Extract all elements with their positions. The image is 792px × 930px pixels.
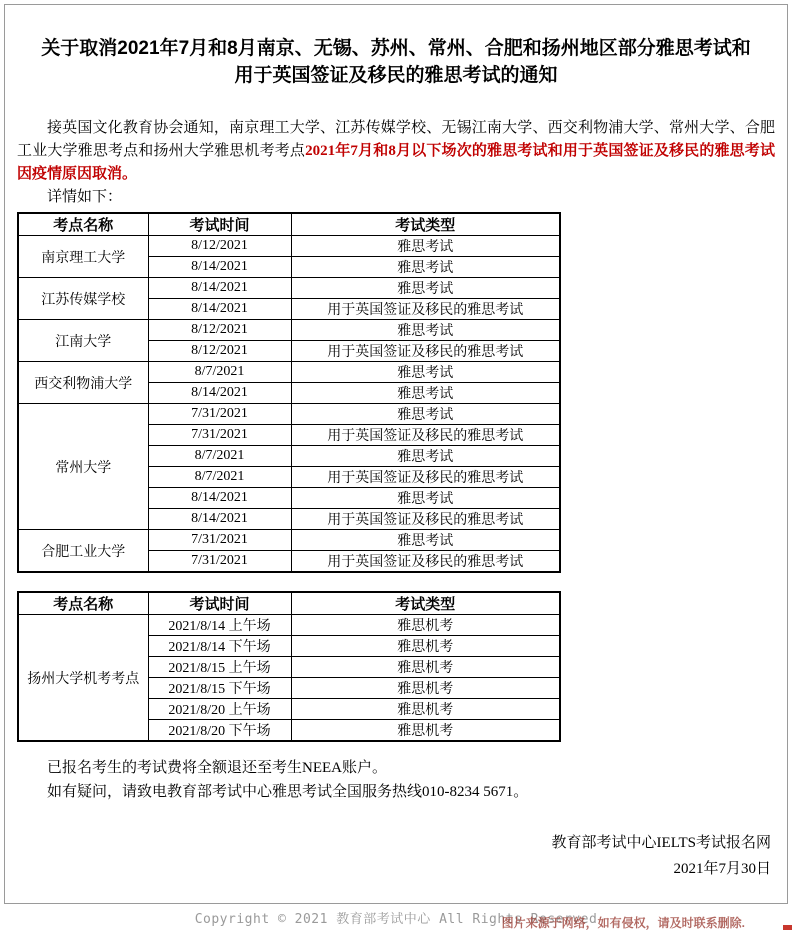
notice-document: 关于取消2021年7月和8月南京、无锡、苏州、常州、合肥和扬州地区部分雅思考试和…	[4, 4, 788, 904]
exam-type-cell: 雅思考试	[291, 278, 560, 299]
exam-time-cell: 8/12/2021	[148, 320, 291, 341]
exam-time-cell: 7/31/2021	[148, 425, 291, 446]
table-header-row: 考点名称考试时间考试类型	[18, 592, 560, 615]
exam-time-cell: 8/14/2021	[148, 383, 291, 404]
exam-type-cell: 雅思考试	[291, 362, 560, 383]
exam-type-cell: 雅思考试	[291, 236, 560, 257]
exam-time-cell: 7/31/2021	[148, 530, 291, 551]
column-header: 考试类型	[291, 213, 560, 236]
exam-type-cell: 雅思考试	[291, 404, 560, 425]
exam-time-cell: 8/7/2021	[148, 446, 291, 467]
column-header: 考点名称	[18, 592, 148, 615]
exam-time-cell: 8/14/2021	[148, 488, 291, 509]
table-header-row: 考点名称考试时间考试类型	[18, 213, 560, 236]
exam-type-cell: 雅思考试	[291, 257, 560, 278]
cancelled-computer-exams-table: 考点名称考试时间考试类型扬州大学机考考点2021/8/14 上午场雅思机考202…	[17, 591, 561, 742]
exam-time-cell: 8/14/2021	[148, 257, 291, 278]
exam-time-cell: 2021/8/20 下午场	[148, 720, 291, 742]
exam-type-cell: 雅思机考	[291, 699, 560, 720]
page-title: 关于取消2021年7月和8月南京、无锡、苏州、常州、合肥和扬州地区部分雅思考试和…	[32, 35, 760, 89]
venue-cell: 江苏传媒学校	[18, 278, 148, 320]
exam-time-cell: 2021/8/15 上午场	[148, 657, 291, 678]
exam-time-cell: 2021/8/14 上午场	[148, 615, 291, 636]
exam-time-cell: 8/7/2021	[148, 467, 291, 488]
exam-type-cell: 雅思机考	[291, 657, 560, 678]
exam-time-cell: 8/14/2021	[148, 509, 291, 530]
page-footer: Copyright © 2021 教育部考试中心 All Rights Rese…	[0, 908, 792, 930]
notice-paragraph: 接英国文化教育协会通知，南京理工大学、江苏传媒学校、无锡江南大学、西交利物浦大学…	[17, 117, 775, 186]
venue-cell: 常州大学	[18, 404, 148, 530]
exam-type-cell: 雅思机考	[291, 678, 560, 699]
details-label: 详情如下：	[17, 186, 775, 209]
exam-type-cell: 雅思考试	[291, 383, 560, 404]
column-header: 考试时间	[148, 592, 291, 615]
venue-cell: 扬州大学机考考点	[18, 615, 148, 742]
table-row: 南京理工大学8/12/2021雅思考试	[18, 236, 560, 257]
signature: 教育部考试中心IELTS考试报名网	[21, 830, 771, 856]
venue-cell: 江南大学	[18, 320, 148, 362]
exam-type-cell: 用于英国签证及移民的雅思考试	[291, 551, 560, 573]
exam-time-cell: 8/14/2021	[148, 299, 291, 320]
exam-time-cell: 7/31/2021	[148, 404, 291, 425]
exam-time-cell: 2021/8/14 下午场	[148, 636, 291, 657]
exam-time-cell: 8/12/2021	[148, 236, 291, 257]
exam-time-cell: 7/31/2021	[148, 551, 291, 573]
red-corner-mark	[783, 925, 792, 930]
exam-type-cell: 用于英国签证及移民的雅思考试	[291, 425, 560, 446]
exam-time-cell: 8/14/2021	[148, 278, 291, 299]
column-header: 考点名称	[18, 213, 148, 236]
refund-note: 已报名考生的考试费将全额退还至考生NEEA账户。	[17, 756, 775, 780]
exam-time-cell: 8/12/2021	[148, 341, 291, 362]
exam-type-cell: 用于英国签证及移民的雅思考试	[291, 299, 560, 320]
exam-time-cell: 8/7/2021	[148, 362, 291, 383]
column-header: 考试时间	[148, 213, 291, 236]
exam-type-cell: 用于英国签证及移民的雅思考试	[291, 509, 560, 530]
exam-type-cell: 雅思考试	[291, 488, 560, 509]
watermark-text: 图片来源于网络，如有侵权，请及时联系删除.	[502, 914, 745, 930]
exam-type-cell: 雅思机考	[291, 615, 560, 636]
venue-cell: 合肥工业大学	[18, 530, 148, 573]
table-row: 扬州大学机考考点2021/8/14 上午场雅思机考	[18, 615, 560, 636]
cancelled-exams-table: 考点名称考试时间考试类型南京理工大学8/12/2021雅思考试8/14/2021…	[17, 212, 561, 573]
exam-type-cell: 雅思机考	[291, 720, 560, 742]
exam-type-cell: 雅思考试	[291, 530, 560, 551]
contact-note: 如有疑问，请致电教育部考试中心雅思考试全国服务热线010-8234 5671。	[17, 780, 775, 804]
exam-type-cell: 雅思考试	[291, 446, 560, 467]
exam-time-cell: 2021/8/15 下午场	[148, 678, 291, 699]
exam-time-cell: 2021/8/20 上午场	[148, 699, 291, 720]
publish-date: 2021年7月30日	[21, 856, 771, 882]
table-row: 常州大学7/31/2021雅思考试	[18, 404, 560, 425]
table-row: 西交利物浦大学8/7/2021雅思考试	[18, 362, 560, 383]
column-header: 考试类型	[291, 592, 560, 615]
exam-type-cell: 用于英国签证及移民的雅思考试	[291, 341, 560, 362]
venue-cell: 南京理工大学	[18, 236, 148, 278]
exam-type-cell: 用于英国签证及移民的雅思考试	[291, 467, 560, 488]
table-row: 江苏传媒学校8/14/2021雅思考试	[18, 278, 560, 299]
exam-type-cell: 雅思机考	[291, 636, 560, 657]
table-row: 合肥工业大学7/31/2021雅思考试	[18, 530, 560, 551]
exam-type-cell: 雅思考试	[291, 320, 560, 341]
table-row: 江南大学8/12/2021雅思考试	[18, 320, 560, 341]
venue-cell: 西交利物浦大学	[18, 362, 148, 404]
